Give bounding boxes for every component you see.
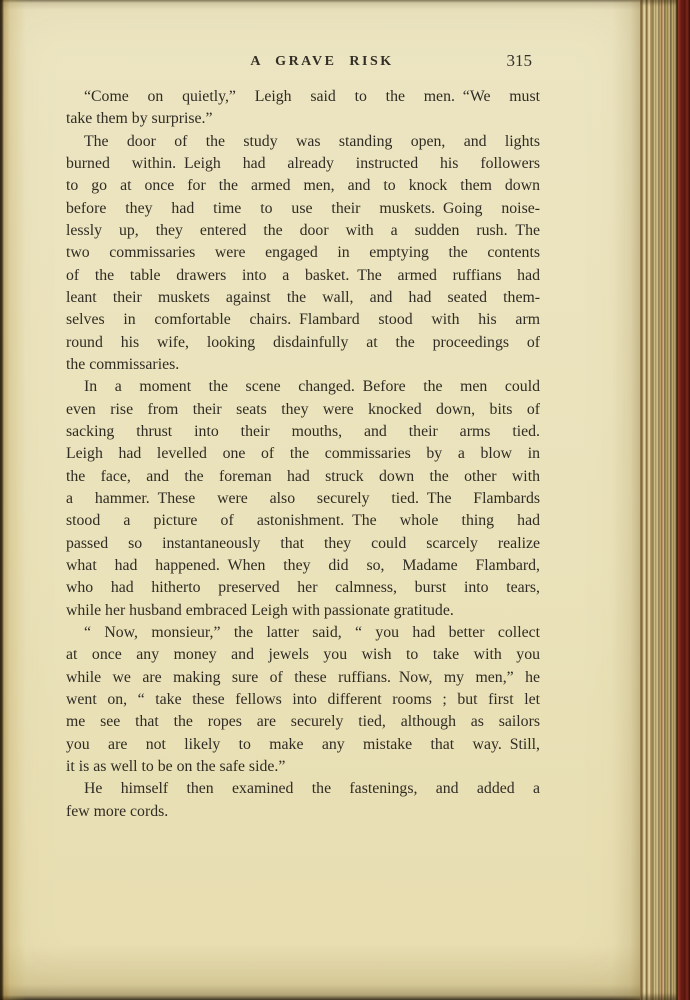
page-edges <box>640 0 678 1000</box>
book-page: A GRAVE RISK 315 “Come on quietly,” Leig… <box>0 0 640 1000</box>
text-line: the commissaries. <box>66 354 540 376</box>
text-line: it is as well to be on the safe side.” <box>66 756 540 778</box>
paragraph: He himself then examined the fastenings,… <box>66 778 540 823</box>
text-line: “ Now, monsieur,” the latter said, “ you… <box>66 622 540 644</box>
text-line: sacking thrust into their mouths, and th… <box>66 421 540 443</box>
text-line: In a moment the scene changed. Before th… <box>66 376 540 398</box>
text-line: before they had time to use their musket… <box>66 198 540 220</box>
paragraph: The door of the study was standing open,… <box>66 131 540 377</box>
text-block: “Come on quietly,” Leigh said to the men… <box>66 86 540 823</box>
text-line: you are not likely to make any mistake t… <box>66 734 540 756</box>
paragraph: “ Now, monsieur,” the latter said, “ you… <box>66 622 540 778</box>
text-line: stood a picture of astonishment. The who… <box>66 510 540 532</box>
text-line: me see that the ropes are securely tied,… <box>66 711 540 733</box>
text-line: of the table drawers into a basket. The … <box>66 265 540 287</box>
text-line: two commissaries were engaged in emptyin… <box>66 242 540 264</box>
text-line: lessly up, they entered the door with a … <box>66 220 540 242</box>
text-line: leant their muskets against the wall, an… <box>66 287 540 309</box>
text-line: He himself then examined the fastenings,… <box>66 778 540 800</box>
text-line: Leigh had levelled one of the commissari… <box>66 443 540 465</box>
text-line: went on, “ take these fellows into diffe… <box>66 689 540 711</box>
text-line: The door of the study was standing open,… <box>66 131 540 153</box>
book-page-scan: A GRAVE RISK 315 “Come on quietly,” Leig… <box>0 0 690 1000</box>
text-line: “Come on quietly,” Leigh said to the men… <box>66 86 540 108</box>
text-line: even rise from their seats they were kno… <box>66 399 540 421</box>
text-line: while her husband embraced Leigh with pa… <box>66 600 540 622</box>
text-line: while we are making sure of these ruffia… <box>66 667 540 689</box>
paragraph: In a moment the scene changed. Before th… <box>66 376 540 622</box>
text-line: what had happened. When they did so, Mad… <box>66 555 540 577</box>
text-line: a hammer. These were also securely tied.… <box>66 488 540 510</box>
text-line: the face, and the foreman had struck dow… <box>66 466 540 488</box>
text-line: selves in comfortable chairs. Flambard s… <box>66 309 540 331</box>
page-number: 315 <box>66 51 532 71</box>
text-line: round his wife, looking disdainfully at … <box>66 332 540 354</box>
paragraph: “Come on quietly,” Leigh said to the men… <box>66 86 540 131</box>
text-line: few more cords. <box>66 801 540 823</box>
text-line: at once any money and jewels you wish to… <box>66 644 540 666</box>
text-line: to go at once for the armed men, and to … <box>66 175 540 197</box>
text-line: burned within. Leigh had already instruc… <box>66 153 540 175</box>
text-line: take them by surprise.” <box>66 108 540 130</box>
text-line: who had hitherto preserved her calmness,… <box>66 577 540 599</box>
book-cover-edge <box>678 0 690 1000</box>
text-line: passed so instantaneously that they coul… <box>66 533 540 555</box>
